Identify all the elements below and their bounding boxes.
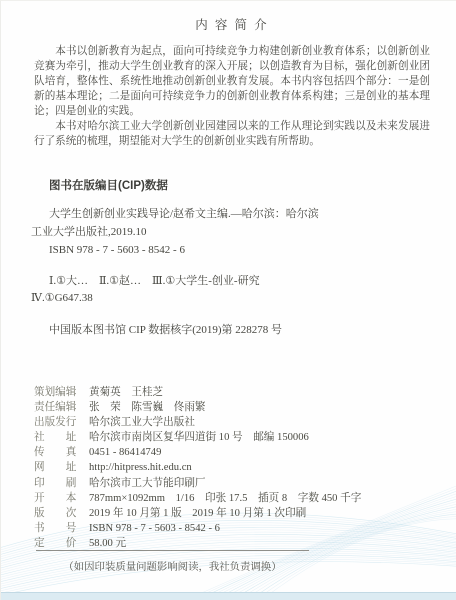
colophon-row: 社 址 哈尔滨市南岗区复华四道街 10 号 邮编 150006 xyxy=(34,430,430,445)
cip-title-line-2: 工业大学出版社,2019.10 xyxy=(31,224,430,242)
cip-record-number: 中国版本图书馆 CIP 数据核字(2019)第 228278 号 xyxy=(31,322,430,340)
colophon-value: 哈尔滨工业大学出版社 xyxy=(89,415,195,430)
copyright-page: 内 容 简 介 本书以创新教育为起点，面向可持续竞争力构建创新创业教育体系；以创… xyxy=(0,0,456,600)
cip-heading: 图书在版编目(CIP)数据 xyxy=(31,177,430,193)
colophon-value: 哈尔滨市工大节能印刷厂 xyxy=(89,476,206,491)
summary-paragraph-2: 本书对哈尔滨工业大学创新创业园建园以来的工作从理论到实践以及未来发展进行了系统的… xyxy=(34,119,430,149)
colophon-row: 书 号 ISBN 978 - 7 - 5603 - 8542 - 6 xyxy=(34,521,430,536)
colophon-section: 策划编辑 黄菊英 王桂芝 责任编辑 张 荣 陈雪巍 佟雨繁 出版发行 哈尔滨工业… xyxy=(34,385,430,551)
content-summary-section: 内 容 简 介 本书以创新教育为起点，面向可持续竞争力构建创新创业教育体系；以创… xyxy=(34,15,430,149)
colophon-label: 开 本 xyxy=(34,491,89,506)
colophon-label: 传 真 xyxy=(34,445,89,460)
bottom-edge-band xyxy=(1,592,456,600)
summary-paragraph-1: 本书以创新教育为起点，面向可持续竞争力构建创新创业教育体系；以创新创业竞赛为牵引… xyxy=(34,44,430,119)
colophon-value: 黄菊英 王桂芝 xyxy=(89,385,163,400)
colophon-label: 印 刷 xyxy=(34,476,89,491)
cip-data-section: 图书在版编目(CIP)数据 大学生创新创业实践导论/赵希文主编.—哈尔滨：哈尔滨… xyxy=(31,177,430,339)
colophon-value: 787mm×1092mm 1/16 印张 17.5 插页 8 字数 450 千字 xyxy=(89,491,361,506)
colophon-value: ISBN 978 - 7 - 5603 - 8542 - 6 xyxy=(89,521,220,536)
colophon-row: 策划编辑 黄菊英 王桂芝 xyxy=(34,385,430,400)
colophon-value: 张 荣 陈雪巍 佟雨繁 xyxy=(89,400,206,415)
colophon-row: 版 次 2019 年 10 月第 1 版 2019 年 10 月第 1 次印刷 xyxy=(34,506,430,521)
colophon-label: 定 价 xyxy=(34,536,89,551)
colophon-label: 责任编辑 xyxy=(34,400,89,415)
colophon-label: 出版发行 xyxy=(34,415,89,430)
cip-classification-line-1: Ⅰ.①大… Ⅱ.①赵… Ⅲ.①大学生-创业-研究 xyxy=(31,273,430,291)
colophon-label: 策划编辑 xyxy=(34,385,89,400)
cip-classification-line-2: Ⅳ.①G647.38 xyxy=(31,290,430,308)
colophon-value: 哈尔滨市南岗区复华四道街 10 号 邮编 150006 xyxy=(89,430,309,445)
colophon-value: 2019 年 10 月第 1 版 2019 年 10 月第 1 次印刷 xyxy=(89,506,306,521)
colophon-label: 网 址 xyxy=(34,460,89,475)
cip-title-line-1: 大学生创新创业实践导论/赵希文主编.—哈尔滨：哈尔滨 xyxy=(31,206,430,224)
colophon-row: 出版发行 哈尔滨工业大学出版社 xyxy=(34,415,430,430)
colophon-row: 开 本 787mm×1092mm 1/16 印张 17.5 插页 8 字数 45… xyxy=(34,491,430,506)
colophon-row: 印 刷 哈尔滨市工大节能印刷厂 xyxy=(34,476,430,491)
quality-notice: （如因印装质量问题影响阅读，我社负责调换） xyxy=(36,558,309,573)
colophon-row: 网 址 http://hitpress.hit.edu.cn xyxy=(34,460,430,475)
colophon-row: 责任编辑 张 荣 陈雪巍 佟雨繁 xyxy=(34,400,430,415)
content-summary-title: 内 容 简 介 xyxy=(34,15,430,33)
colophon-label: 版 次 xyxy=(34,506,89,521)
footer-divider xyxy=(36,550,309,551)
colophon-row: 传 真 0451 - 86414749 xyxy=(34,445,430,460)
cip-isbn: ISBN 978 - 7 - 5603 - 8542 - 6 xyxy=(31,242,430,260)
colophon-label: 社 址 xyxy=(34,430,89,445)
colophon-value: 58.00 元 xyxy=(89,536,126,551)
colophon-row: 定 价 58.00 元 xyxy=(34,536,430,551)
colophon-label: 书 号 xyxy=(34,521,89,536)
colophon-value: 0451 - 86414749 xyxy=(89,445,161,460)
colophon-value publisher-url: http://hitpress.hit.edu.cn xyxy=(89,460,192,475)
